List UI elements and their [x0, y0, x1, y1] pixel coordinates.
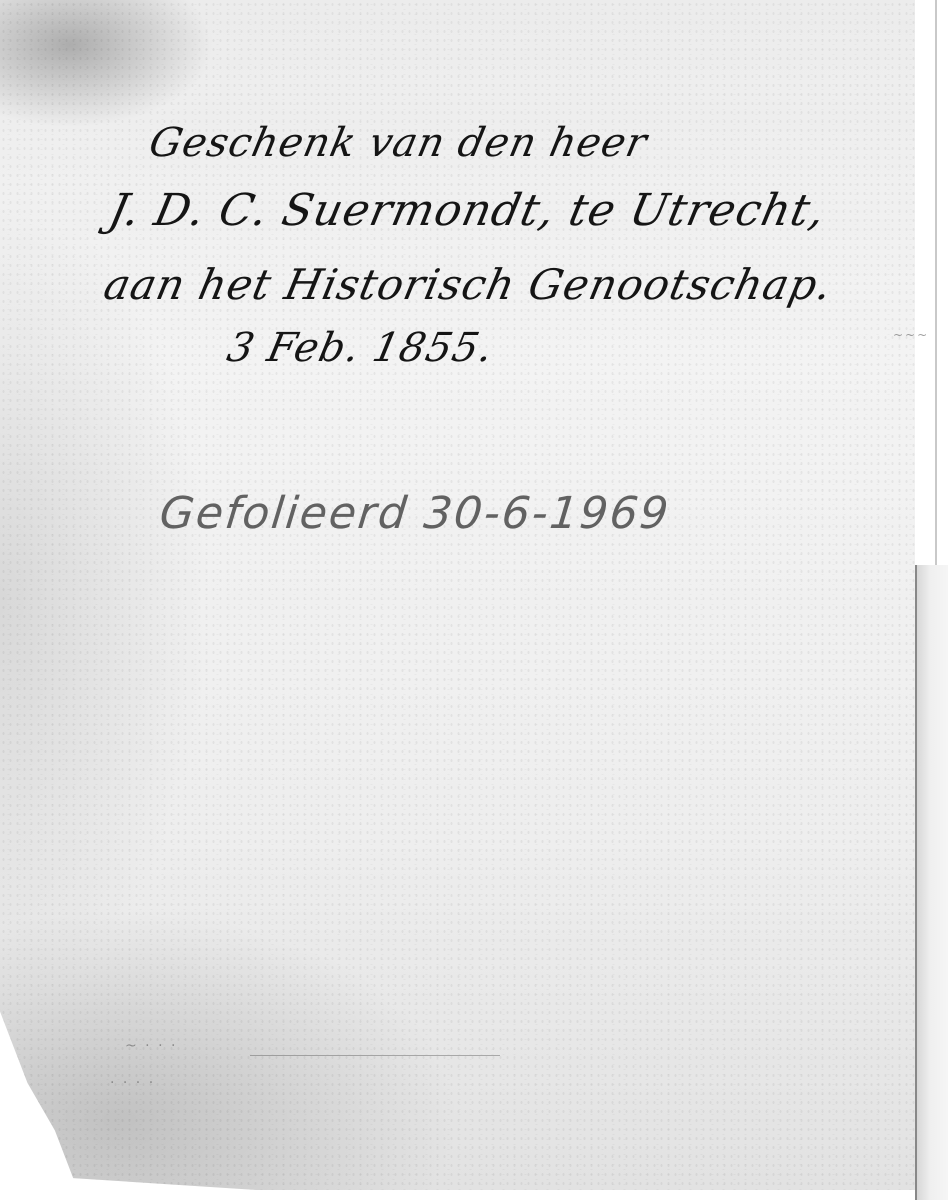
inscription-line-2: J. D. C. Suermondt, te Utrecht, — [105, 185, 831, 236]
inscription-line-3: aan het Historisch Genootschap. — [100, 260, 837, 309]
inscription-date: 3 Feb. 1855. — [223, 325, 498, 371]
binding-strip — [915, 565, 948, 1200]
page-right-edge — [935, 0, 937, 565]
inscription-line-1: Geschenk van den heer — [145, 120, 651, 166]
document-page — [0, 0, 915, 1190]
margin-scribble: ~~~ — [893, 328, 929, 342]
foliation-note: Gefolieerd 30-6-1969 — [157, 488, 672, 539]
faint-mark: · · · · — [110, 1075, 155, 1091]
faint-mark: ~ · · · — [125, 1038, 177, 1054]
paper-fold-line — [250, 1055, 500, 1056]
